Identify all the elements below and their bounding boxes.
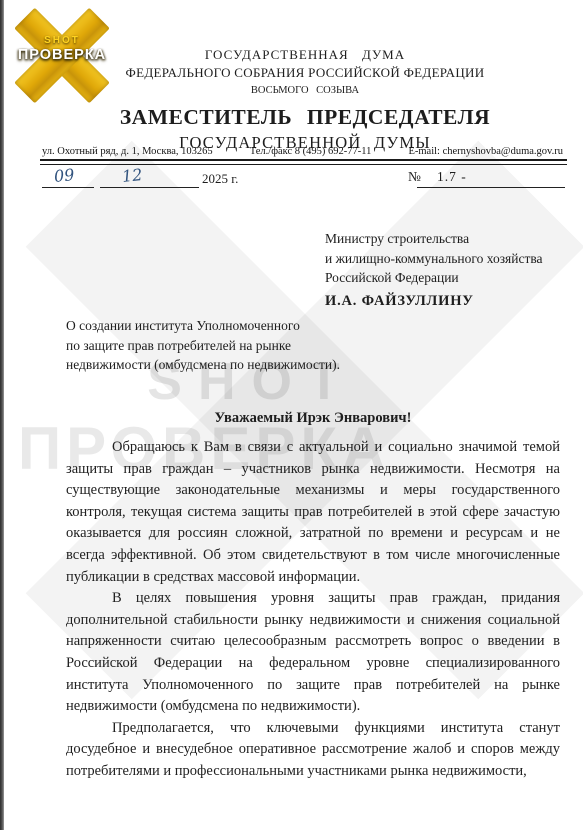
org-name-line-3: ВОСЬМОГО СОЗЫВА: [40, 85, 570, 96]
phone-fax: Тел./факс 8 (495) 692-77-11: [250, 146, 372, 157]
scan-edge: [0, 0, 4, 830]
day-underline: [42, 187, 94, 188]
letter-body: Уважаемый Ирэк Энварович! Обращаюсь к Ва…: [66, 410, 560, 783]
paragraph-3: Предполагается, что ключевыми функциями …: [66, 718, 560, 783]
paragraph-1: Обращаюсь к Вам в связи с актуальной и с…: [66, 437, 560, 588]
recipient-block: Министру строительства и жилищно-коммуна…: [325, 229, 543, 311]
contact-row: ул. Охотный ряд, д. 1, Москва, 103265 Те…: [42, 146, 563, 157]
org-name-line-2: ФЕДЕРАЛЬНОГО СОБРАНИЯ РОССИЙСКОЙ ФЕДЕРАЦ…: [40, 65, 570, 81]
number-underline: [417, 187, 565, 188]
subject-line-3: недвижимости (омбудсмена по недвижимости…: [66, 355, 340, 375]
shot-proverka-stamp: SHOT ПРОВЕРКА: [12, 8, 112, 108]
subject-line-2: по защите прав потребителей на рынке: [66, 336, 340, 356]
recipient-name: И.А. ФАЙЗУЛЛИНУ: [325, 292, 543, 312]
recipient-line-3: Российской Федерации: [325, 268, 543, 288]
handwritten-day: 09: [53, 165, 75, 186]
doc-number: 1.7 -: [437, 169, 467, 185]
recipient-line-1: Министру строительства: [325, 229, 543, 249]
postal-address: ул. Охотный ряд, д. 1, Москва, 103265: [42, 146, 213, 157]
sender-title-line-1: ЗАМЕСТИТЕЛЬ ПРЕДСЕДАТЕЛЯ: [40, 105, 570, 130]
stamp-label: ПРОВЕРКА: [4, 47, 120, 63]
paragraph-2: В целях повышения уровня защиты прав гра…: [66, 588, 560, 718]
year-label: 2025 г.: [202, 171, 238, 187]
recipient-line-2: и жилищно-коммунального хозяйства: [325, 249, 543, 269]
date-number-row: 09 12 2025 г. № 1.7 -: [40, 166, 567, 194]
email-address: E-mail: chernyshovba@duma.gov.ru: [408, 146, 563, 157]
handwritten-month: 12: [121, 165, 143, 186]
header-divider: [40, 159, 567, 165]
doc-number-sign: №: [408, 169, 421, 185]
subject-block: О создании института Уполномоченного по …: [66, 316, 340, 375]
month-underline: [100, 187, 199, 188]
salutation: Уважаемый Ирэк Энварович!: [66, 410, 560, 427]
subject-line-1: О создании института Уполномоченного: [66, 316, 340, 336]
stamp-brand-label: SHOT: [12, 35, 112, 46]
